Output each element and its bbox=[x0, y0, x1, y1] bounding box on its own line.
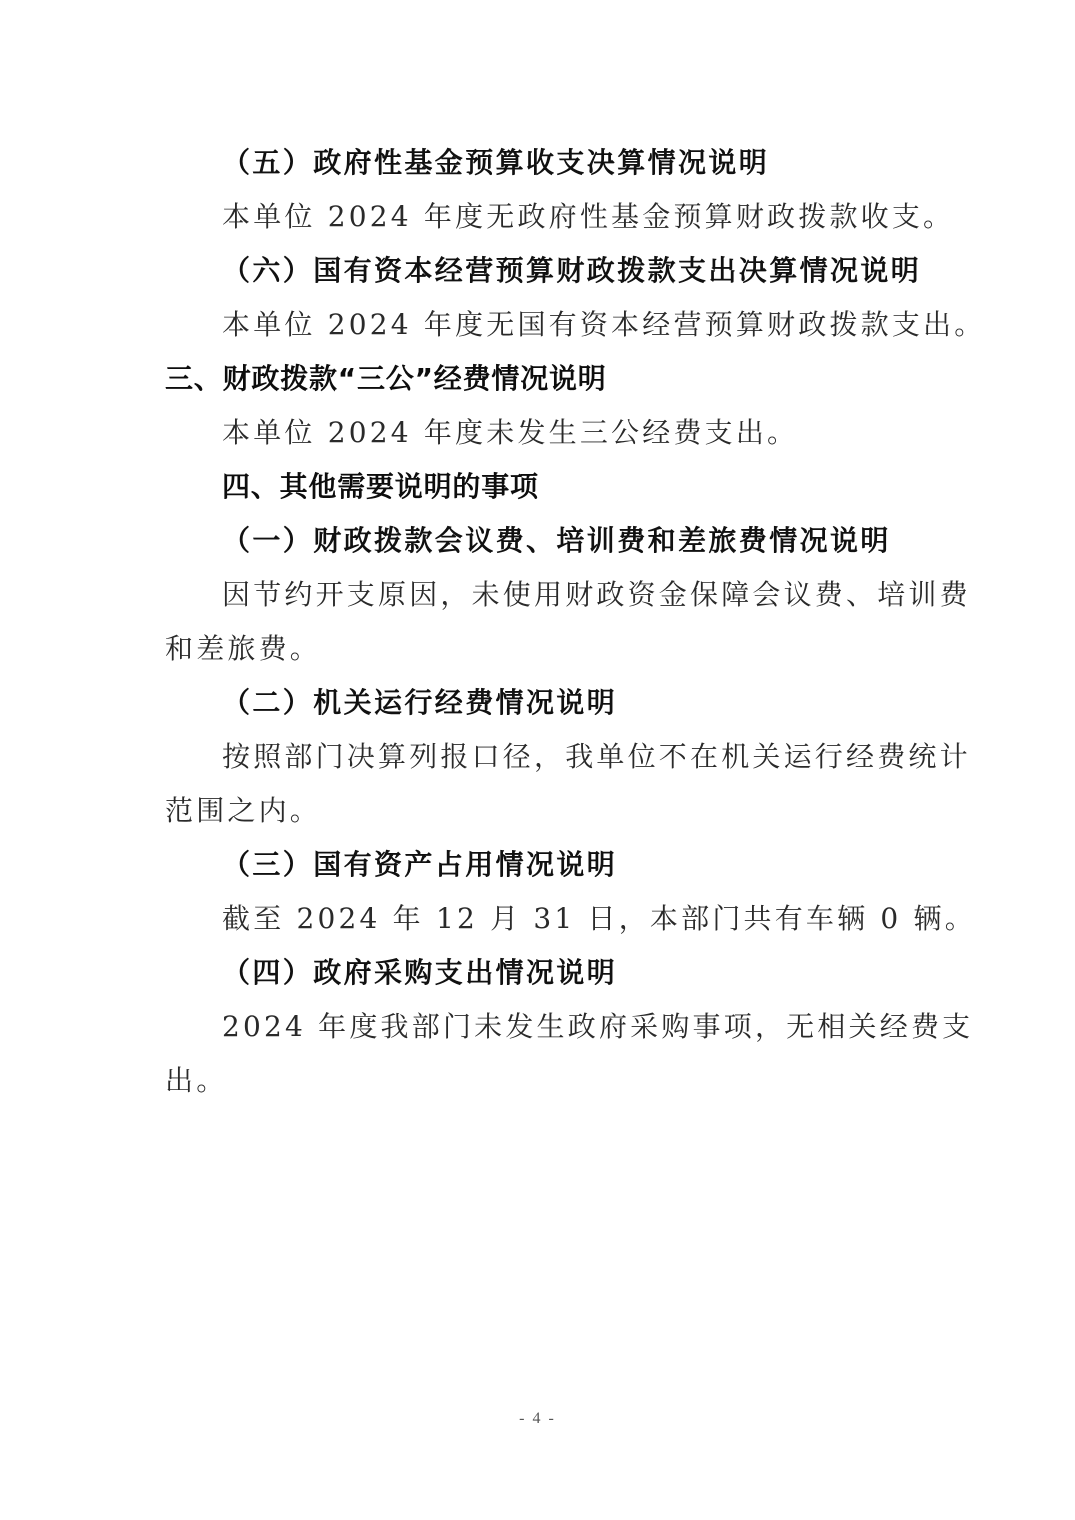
document-page: （五）政府性基金预算收支决算情况说明 本单位 2024 年度无政府性基金预算财政… bbox=[0, 0, 1075, 1520]
paragraph-meeting-training-travel: 因节约开支原因，未使用财政资金保障会议费、培训费 bbox=[222, 575, 971, 615]
page-number: - 4 - bbox=[0, 1410, 1075, 1428]
subheading-meeting-training-travel: （一）财政拨款会议费、培训费和差旅费情况说明 bbox=[222, 521, 891, 561]
paragraph-government-procurement-cont: 出。 bbox=[165, 1061, 227, 1101]
subheading-state-assets: （三）国有资产占用情况说明 bbox=[222, 845, 617, 885]
subheading-agency-operating-expenses: （二）机关运行经费情况说明 bbox=[222, 683, 617, 723]
subheading-state-capital-budget: （六）国有资本经营预算财政拨款支出决算情况说明 bbox=[222, 251, 921, 291]
paragraph-three-public-expenses: 本单位 2024 年度未发生三公经费支出。 bbox=[222, 413, 798, 453]
paragraph-meeting-training-travel-cont: 和差旅费。 bbox=[165, 629, 321, 669]
paragraph-state-assets: 截至 2024 年 12 月 31 日，本部门共有车辆 0 辆。 bbox=[222, 899, 976, 939]
paragraph-state-capital-budget: 本单位 2024 年度无国有资本经营预算财政拨款支出。 bbox=[222, 305, 985, 345]
paragraph-government-procurement: 2024 年度我部门未发生政府采购事项，无相关经费支 bbox=[222, 1007, 973, 1047]
heading-three-public-expenses: 三、财政拨款“三公”经费情况说明 bbox=[165, 359, 607, 399]
heading-other-matters: 四、其他需要说明的事项 bbox=[222, 467, 539, 507]
paragraph-government-fund-budget: 本单位 2024 年度无政府性基金预算财政拨款收支。 bbox=[222, 197, 954, 237]
subheading-government-procurement: （四）政府采购支出情况说明 bbox=[222, 953, 617, 993]
subheading-government-fund-budget: （五）政府性基金预算收支决算情况说明 bbox=[222, 143, 769, 183]
paragraph-agency-operating-expenses-cont: 范围之内。 bbox=[165, 791, 321, 831]
paragraph-agency-operating-expenses: 按照部门决算列报口径，我单位不在机关运行经费统计 bbox=[222, 737, 971, 777]
